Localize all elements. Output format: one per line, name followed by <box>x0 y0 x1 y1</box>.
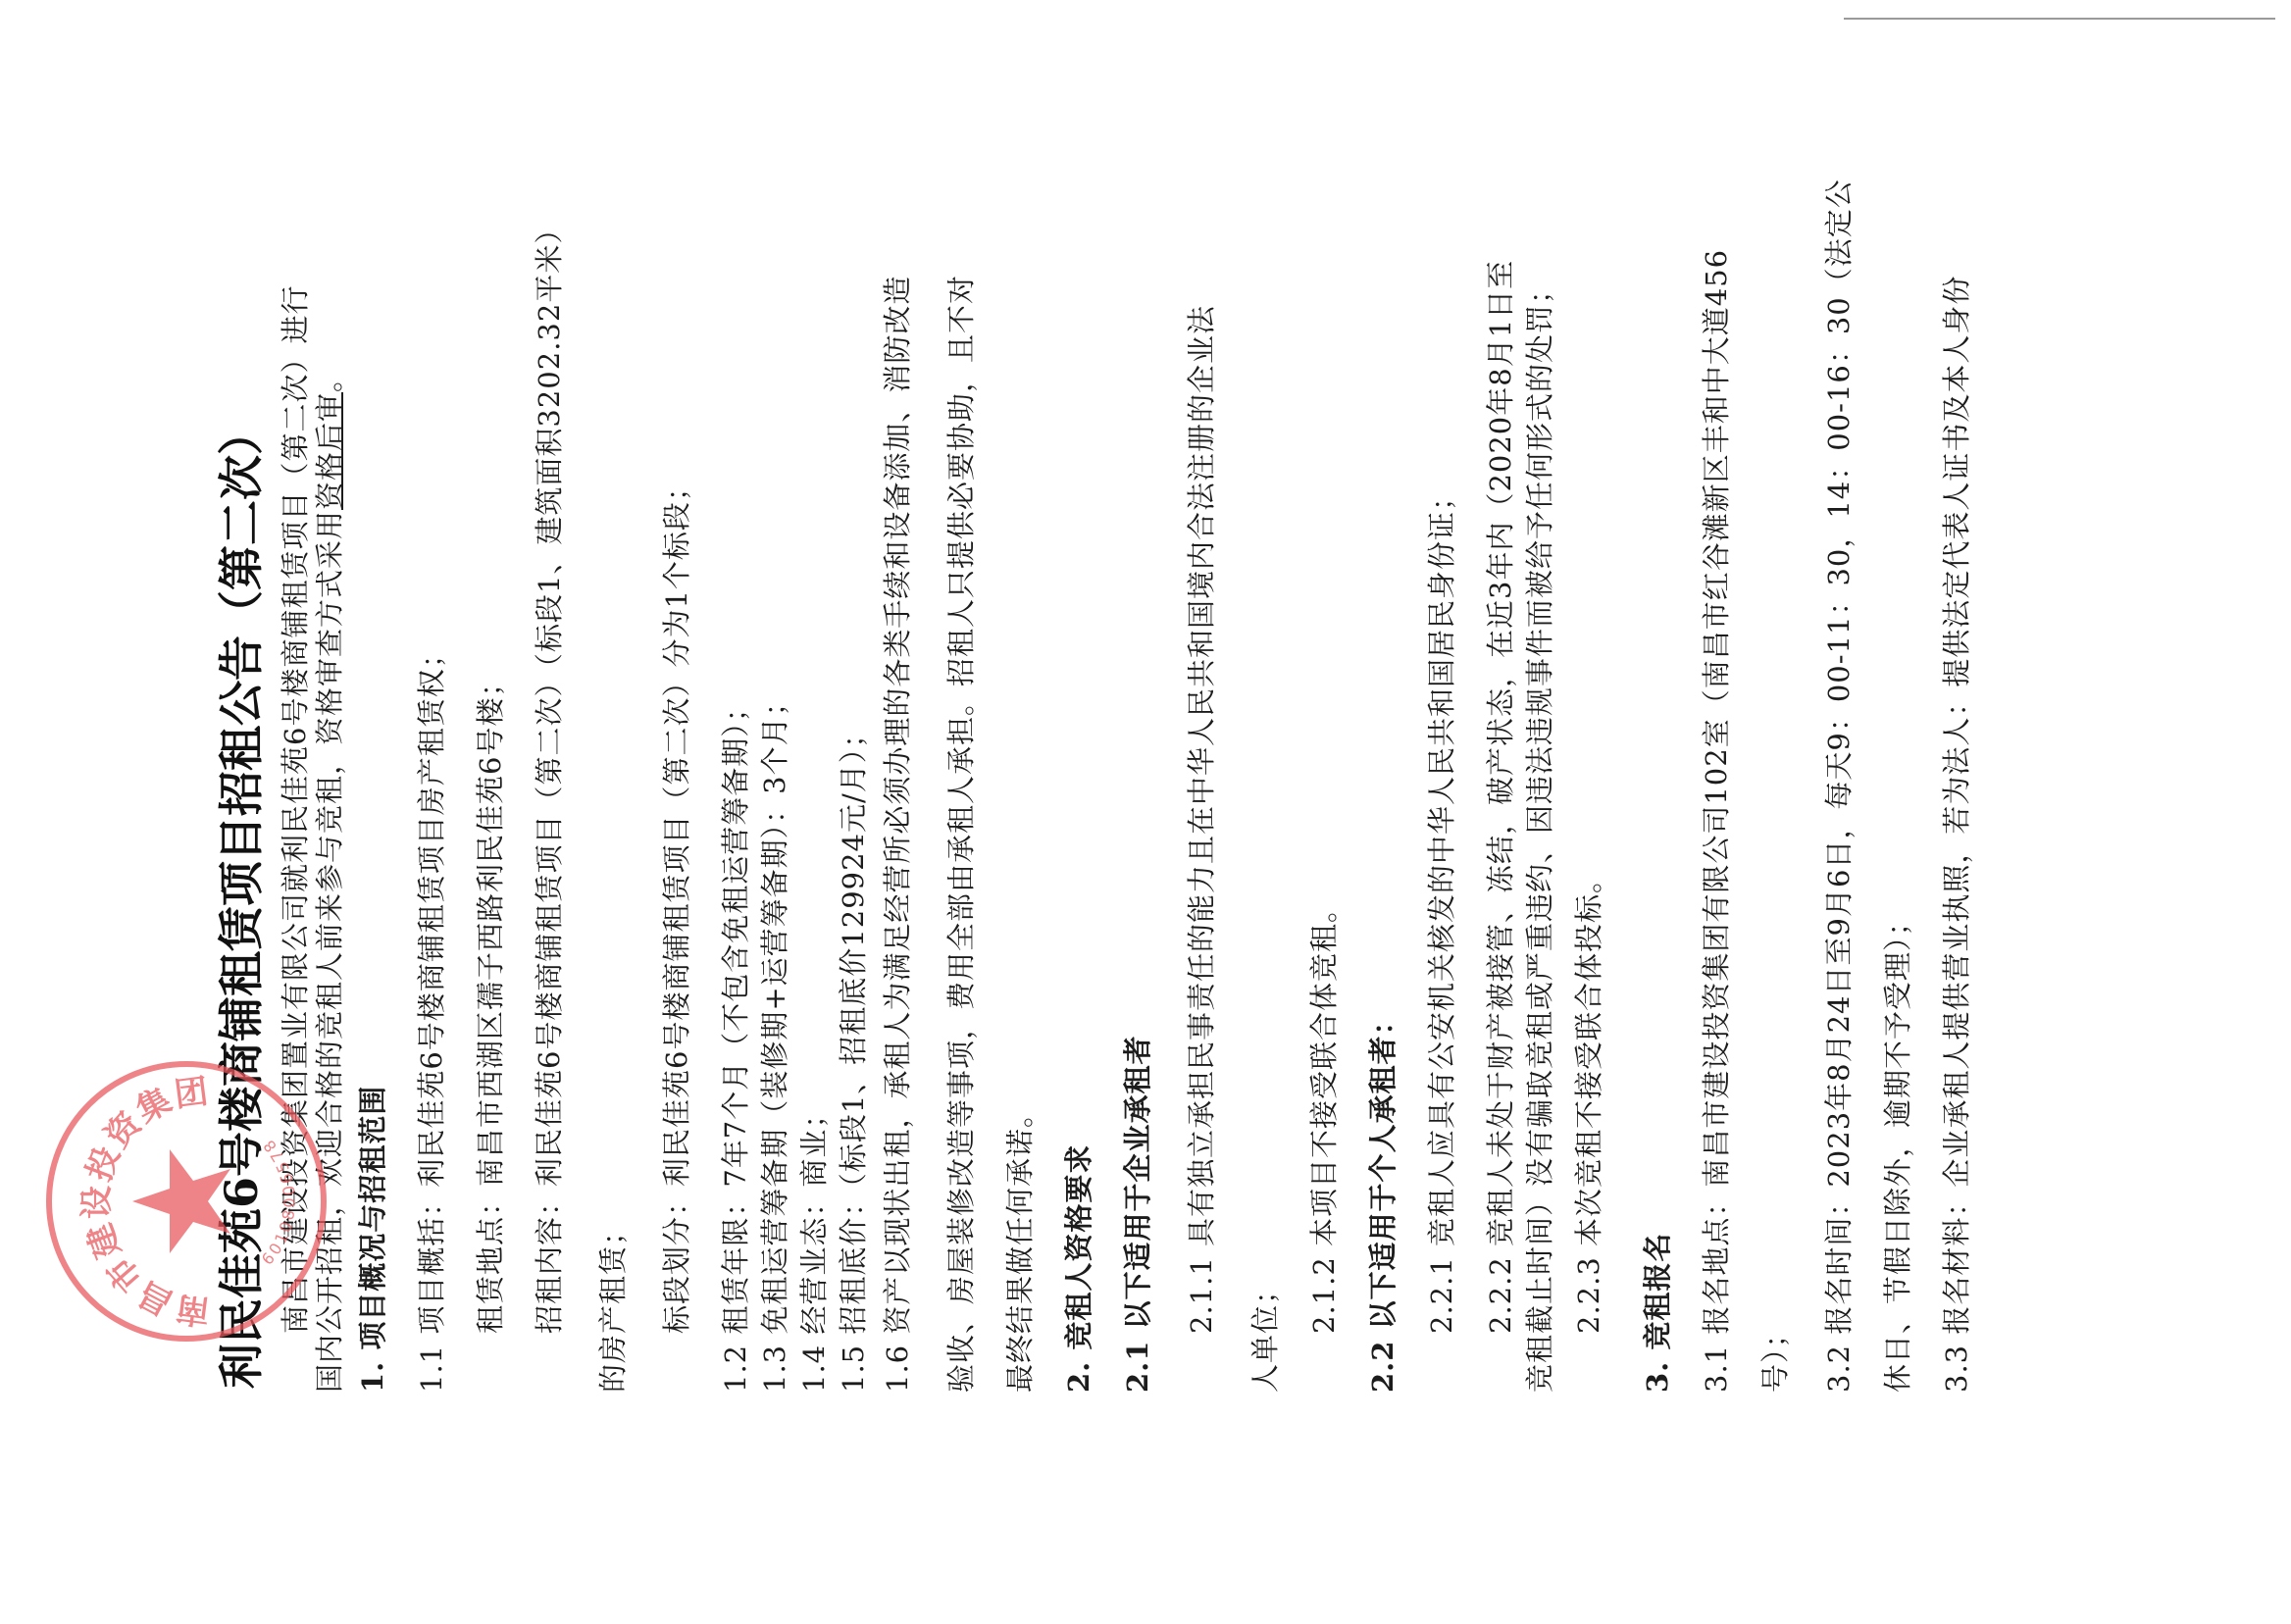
item-2-1-2: 2.1.2 本项目不接受联合体竞租。 <box>1306 893 1342 1334</box>
item-2-1: 2.1 以下适用于企业承租者 <box>1120 1035 1155 1393</box>
item-2-2-2-cont: 竞租截止时间）没有骗取竞租或严重违约、因违法违规事件而被给予任何形式的处罚； <box>1522 275 1557 1393</box>
item-3-3: 3.3 报名材料：企业承租人提供营业执照，若为法人：提供法定代表人证书及本人身份 <box>1939 276 1974 1393</box>
item-rent-content-cont: 的房产租赁； <box>595 1216 631 1393</box>
item-2-2-2: 2.2.2 竞租人未处于财产被接管、冻结，破产状态，在近3年内（2020年8月1… <box>1483 260 1518 1334</box>
item-rent-content: 招租内容：利民佳苑6号楼商铺租赁项目（第二次）（标段1、建筑面积3202.32平… <box>532 215 567 1334</box>
item-2-1-1-cont: 人单位； <box>1247 1275 1283 1393</box>
section-1-heading: 1. 项目概况与招租范围 <box>355 1086 390 1393</box>
item-1-2: 1.2 租赁年限：7年7个月（不包含免租运营筹备期）； <box>718 692 753 1393</box>
item-lot-division: 标段划分：利民佳苑6号楼商铺租赁项目（第二次）分为1个标段； <box>659 472 694 1334</box>
item-2-1-1: 2.1.1 具有独立承担民事责任的能力且在中华人民共和国境内合法注册的企业法 <box>1184 305 1219 1334</box>
item-3-2: 3.2 报名时间：2023年8月24日至9月6日，每天9：00-11：30，14… <box>1821 178 1857 1393</box>
rotated-document-page: 利民佳苑6号楼商铺租赁项目招租公告（第二次） 南昌市建设投资集团置业有限公司就利… <box>0 0 2291 1624</box>
company-seal: 南昌市建设投资集团 3601080065780 <box>39 1054 333 1348</box>
item-2-2-1: 2.2.1 竞租人应具有公安机关核发的中华人民共和国居民身份证； <box>1424 482 1459 1334</box>
item-rent-location: 租赁地点：南昌市西湖区孺子西路利民佳苑6号楼； <box>473 668 508 1334</box>
item-1-6-cont-1: 验收、房屋装修改造等事项，费用全部由承租人承担。招租人只提供必要协助，且不对 <box>943 275 979 1393</box>
item-1-6: 1.6 资产以现状出租，承租人为满足经营所必须办理的各类手续和设备添加、消防改造 <box>880 276 915 1393</box>
item-3-1-cont: 号）； <box>1757 1318 1793 1393</box>
item-1-3: 1.3 免租运营筹备期（装修期+运营筹备期）：3个月； <box>757 686 792 1393</box>
item-3-1: 3.1 报名地点：南昌市建设投资集团有限公司102室（南昌市红谷滩新区丰和中大道… <box>1699 249 1734 1393</box>
qualification-method: 资格后审 <box>313 392 346 510</box>
intro-line-2-suffix: 。 <box>313 363 346 392</box>
section-3-heading: 3. 竞租报名 <box>1640 1233 1675 1393</box>
star-icon <box>132 1149 230 1253</box>
item-2-2-3: 2.2.3 本次竞租不接受联合体投标。 <box>1571 864 1606 1334</box>
item-1-6-cont-2: 最终结果做任何承诺。 <box>1002 1098 1038 1393</box>
item-1-5: 1.5 招租底价：（标段1、招租底价129924元/月）； <box>836 719 871 1393</box>
section-2-heading: 2. 竞租人资格要求 <box>1061 1144 1096 1393</box>
item-3-2-cont: 休日、节假日除外，逾期不予受理）； <box>1880 906 1915 1393</box>
item-1-4: 1.4 经营业态：商业； <box>796 1099 832 1393</box>
item-2-2: 2.2 以下适用于个人承租者： <box>1365 1005 1400 1393</box>
item-1-1: 1.1 项目概括：利民佳苑6号楼商铺租赁项目房产租赁权； <box>414 638 449 1393</box>
